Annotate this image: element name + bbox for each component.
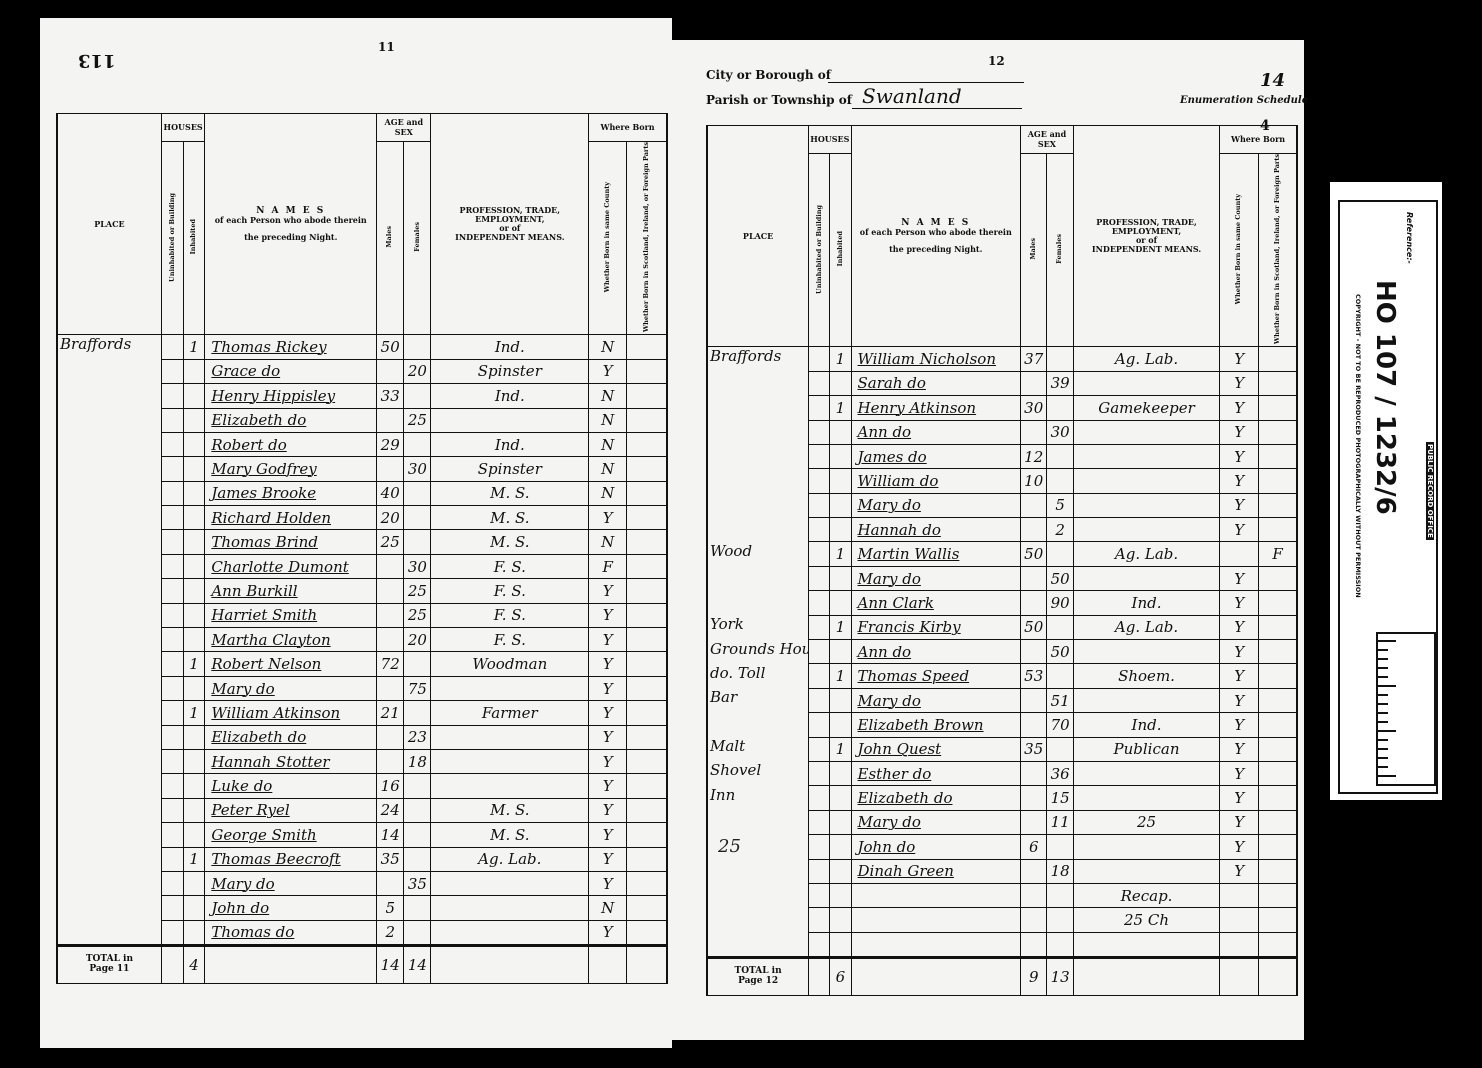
- person-name: James Brooke: [205, 481, 377, 505]
- age-male: [377, 603, 404, 627]
- uninhabited-cell: [161, 506, 183, 530]
- inhabited-cell: [183, 725, 205, 749]
- born-same-county: N: [589, 408, 627, 432]
- reference-label: Reference:-: [1405, 212, 1414, 264]
- place-cell: Wood: [707, 542, 809, 566]
- inhabited-cell: [830, 371, 851, 395]
- census-row: Wood1Martin Wallis50Ag. Lab.F: [707, 542, 1297, 566]
- stamp-number: 113: [78, 50, 116, 71]
- uninhabited-cell: [161, 481, 183, 505]
- born-same-county: N: [589, 335, 627, 359]
- inhabited-cell: [183, 823, 205, 847]
- census-row: Robert do29Ind.N: [57, 432, 667, 456]
- census-row: Mary do35Y: [57, 871, 667, 895]
- profession: [1073, 761, 1219, 785]
- person-name: Martha Clayton: [205, 628, 377, 652]
- age-female: [404, 774, 431, 798]
- census-row: James Brooke40M. S.N: [57, 481, 667, 505]
- person-name: Ann do: [851, 640, 1020, 664]
- age-female: [404, 481, 431, 505]
- place-cell: [57, 481, 161, 505]
- born-elsewhere: [627, 652, 667, 676]
- age-female: [1047, 664, 1073, 688]
- profession: [1073, 518, 1219, 542]
- inhabited-cell: [830, 932, 851, 957]
- uninhabited-cell: [809, 420, 830, 444]
- uninhabited-cell: [161, 408, 183, 432]
- person-name: Elizabeth do: [205, 725, 377, 749]
- born-same-county: Y: [1220, 396, 1259, 420]
- inhabited-cell: [830, 859, 851, 883]
- age-female: 15: [1047, 786, 1073, 810]
- uninhabited-cell: [809, 469, 830, 493]
- census-row: York1Francis Kirby50Ag. Lab.Y: [707, 615, 1297, 639]
- inhabited-cell: [183, 628, 205, 652]
- folio-number: 11: [378, 40, 395, 54]
- header-females: Females: [1047, 154, 1073, 347]
- born-elsewhere: [1259, 932, 1297, 957]
- uninhabited-cell: [161, 652, 183, 676]
- inhabited-cell: [830, 713, 851, 737]
- uninhabited-cell: [161, 896, 183, 920]
- ruler-tick: [1378, 703, 1388, 705]
- census-row: Hannah Stotter18Y: [57, 749, 667, 773]
- inhabited-cell: 1: [183, 652, 205, 676]
- uninhabited-cell: [161, 847, 183, 871]
- born-elsewhere: [627, 896, 667, 920]
- profession: [431, 896, 589, 920]
- born-elsewhere: [627, 701, 667, 725]
- profession: [431, 749, 589, 773]
- born-elsewhere: [627, 603, 667, 627]
- person-name: Richard Holden: [205, 506, 377, 530]
- uninhabited-cell: [161, 432, 183, 456]
- inhabited-cell: [183, 871, 205, 895]
- profession: [1073, 932, 1219, 957]
- place-cell: [707, 883, 809, 907]
- uninhabited-cell: [809, 566, 830, 590]
- inhabited-cell: [183, 457, 205, 481]
- age-female: [404, 847, 431, 871]
- born-elsewhere: [1259, 493, 1297, 517]
- place-cell: [57, 798, 161, 822]
- reference-number: HO 107 / 1232/6: [1370, 280, 1400, 515]
- born-elsewhere: [1259, 786, 1297, 810]
- born-same-county: Y: [1220, 493, 1259, 517]
- born-same-county: Y: [589, 749, 627, 773]
- person-name: Thomas Rickey: [205, 335, 377, 359]
- profession: [431, 871, 589, 895]
- person-name: Elizabeth Brown: [851, 713, 1020, 737]
- place-cell: [57, 384, 161, 408]
- city-value: [828, 66, 1024, 83]
- age-female: 30: [1047, 420, 1073, 444]
- age-female: [404, 920, 431, 945]
- born-elsewhere: [1259, 591, 1297, 615]
- uninhabited-cell: [809, 396, 830, 420]
- age-female: 70: [1047, 713, 1073, 737]
- born-elsewhere: [627, 579, 667, 603]
- uninhabited-cell: [161, 823, 183, 847]
- age-female: 2: [1047, 518, 1073, 542]
- inhabited-cell: 1: [830, 737, 851, 761]
- profession: Ind.: [431, 384, 589, 408]
- age-male: 6: [1020, 835, 1046, 859]
- person-name: William do: [851, 469, 1020, 493]
- census-row: Grace do20SpinsterY: [57, 359, 667, 383]
- age-female: [404, 432, 431, 456]
- uninhabited-cell: [161, 457, 183, 481]
- age-female: 51: [1047, 688, 1073, 712]
- ruler-tick: [1378, 676, 1388, 678]
- born-same-county: [1220, 883, 1259, 907]
- census-row: John do5N: [57, 896, 667, 920]
- age-female: [404, 530, 431, 554]
- census-row: Thomas Brind25M. S.N: [57, 530, 667, 554]
- inhabited-cell: [830, 761, 851, 785]
- born-same-county: N: [589, 481, 627, 505]
- born-elsewhere: [1259, 761, 1297, 785]
- place-cell: [707, 859, 809, 883]
- total-profession: [431, 946, 589, 984]
- place-cell: [57, 408, 161, 432]
- census-row: Thomas do2Y: [57, 920, 667, 945]
- age-female: [1047, 883, 1073, 907]
- born-same-county: Y: [1220, 737, 1259, 761]
- born-same-county: Y: [1220, 859, 1259, 883]
- person-name: Mary do: [851, 688, 1020, 712]
- total-label: TOTAL inPage 12: [707, 958, 809, 996]
- age-female: 25: [404, 408, 431, 432]
- copyright-notice: COPYRIGHT - NOT TO BE REPRODUCED PHOTOGR…: [1354, 294, 1362, 598]
- header-inhabited: Inhabited: [830, 154, 851, 347]
- uninhabited-cell: [161, 359, 183, 383]
- inhabited-cell: [830, 469, 851, 493]
- person-name: John do: [851, 835, 1020, 859]
- header-names: N A M E S of each Person who abode there…: [851, 126, 1020, 347]
- born-same-county: Y: [1220, 591, 1259, 615]
- age-male: [1020, 420, 1046, 444]
- age-male: [1020, 713, 1046, 737]
- ruler-tick: [1378, 757, 1388, 759]
- header-born-county: Whether Born in same County: [589, 142, 627, 335]
- born-same-county: Y: [1220, 640, 1259, 664]
- profession: Publican: [1073, 737, 1219, 761]
- uninhabited-cell: [809, 761, 830, 785]
- place-cell: [57, 896, 161, 920]
- profession: Ind.: [1073, 713, 1219, 737]
- ruler-tick: [1378, 766, 1388, 768]
- age-female: [1047, 615, 1073, 639]
- schedule-label: Enumeration Schedule: [1180, 95, 1308, 106]
- inhabited-cell: [830, 420, 851, 444]
- total-born-county: [589, 946, 627, 984]
- born-elsewhere: [1259, 688, 1297, 712]
- place-cell: [707, 444, 809, 468]
- uninhabited-cell: [809, 737, 830, 761]
- born-elsewhere: [627, 749, 667, 773]
- age-male: [377, 628, 404, 652]
- person-name: Mary do: [851, 493, 1020, 517]
- profession: Ag. Lab.: [431, 847, 589, 871]
- age-male: [1020, 786, 1046, 810]
- born-elsewhere: [1259, 615, 1297, 639]
- person-name: Ann Clark: [851, 591, 1020, 615]
- person-name: Grace do: [205, 359, 377, 383]
- census-row: Ann Burkill25F. S.Y: [57, 579, 667, 603]
- born-elsewhere: [627, 554, 667, 578]
- inhabited-cell: [830, 810, 851, 834]
- age-male: 16: [377, 774, 404, 798]
- age-male: [1020, 518, 1046, 542]
- total-label-line2: Page 11: [58, 965, 161, 975]
- age-female: [1047, 469, 1073, 493]
- uninhabited-cell: [809, 493, 830, 517]
- uninhabited-cell: [161, 554, 183, 578]
- age-male: 40: [377, 481, 404, 505]
- census-row: Mary do1125Y: [707, 810, 1297, 834]
- header-where-born: Where Born: [1220, 126, 1297, 154]
- profession: Shoem.: [1073, 664, 1219, 688]
- census-row: Mary Godfrey30SpinsterN: [57, 457, 667, 481]
- age-male: 29: [377, 432, 404, 456]
- place-cell: Braffords: [57, 335, 161, 359]
- born-elsewhere: [627, 384, 667, 408]
- profession: [1073, 371, 1219, 395]
- inhabited-cell: [183, 530, 205, 554]
- age-female: 20: [404, 359, 431, 383]
- age-male: [1020, 761, 1046, 785]
- place-cell: Shovel: [707, 761, 809, 785]
- born-same-county: Y: [589, 676, 627, 700]
- age-female: [404, 896, 431, 920]
- header-males: Males: [377, 142, 404, 335]
- uninhabited-cell: [161, 530, 183, 554]
- age-male: [377, 725, 404, 749]
- inhabited-cell: [830, 786, 851, 810]
- age-male: [377, 359, 404, 383]
- total-uninhabited: [809, 958, 830, 996]
- profession: [1073, 640, 1219, 664]
- profession: Woodman: [431, 652, 589, 676]
- uninhabited-cell: [161, 579, 183, 603]
- inhabited-cell: [183, 749, 205, 773]
- census-row: [707, 932, 1297, 957]
- place-cell: do. Toll: [707, 664, 809, 688]
- born-elsewhere: [627, 506, 667, 530]
- place-cell: Grounds House: [707, 640, 809, 664]
- ruler-tick: [1378, 694, 1388, 696]
- total-profession: [1073, 958, 1219, 996]
- person-name: Luke do: [205, 774, 377, 798]
- profession: [1073, 444, 1219, 468]
- age-male: 50: [1020, 615, 1046, 639]
- place-cell: [57, 432, 161, 456]
- header-age-sex: AGE and SEX: [377, 114, 431, 142]
- born-elsewhere: [1259, 469, 1297, 493]
- born-elsewhere: [1259, 859, 1297, 883]
- person-name: Harriet Smith: [205, 603, 377, 627]
- parish-label: Parish or Township of: [706, 93, 852, 107]
- place-cell: [57, 530, 161, 554]
- place-cell: [57, 506, 161, 530]
- born-same-county: Y: [589, 628, 627, 652]
- age-male: 50: [377, 335, 404, 359]
- person-name: Mary do: [851, 566, 1020, 590]
- reference-card: Reference:- HO 107 / 1232/6 COPYRIGHT - …: [1330, 182, 1442, 800]
- place-cell: [57, 457, 161, 481]
- born-elsewhere: [1259, 347, 1297, 371]
- uninhabited-cell: [161, 920, 183, 945]
- born-elsewhere: [1259, 810, 1297, 834]
- census-row: InnElizabeth do15Y: [707, 786, 1297, 810]
- uninhabited-cell: [161, 628, 183, 652]
- age-male: 50: [1020, 542, 1046, 566]
- census-row: 1Thomas Beecroft35Ag. Lab.Y: [57, 847, 667, 871]
- age-female: 30: [404, 457, 431, 481]
- born-elsewhere: [627, 725, 667, 749]
- person-name: John Quest: [851, 737, 1020, 761]
- uninhabited-cell: [161, 384, 183, 408]
- uninhabited-cell: [809, 932, 830, 957]
- uninhabited-cell: [809, 518, 830, 542]
- age-female: 23: [404, 725, 431, 749]
- profession: [1073, 420, 1219, 444]
- born-elsewhere: [1259, 444, 1297, 468]
- census-row: 1Robert Nelson72WoodmanY: [57, 652, 667, 676]
- place-cell: [57, 554, 161, 578]
- inhabited-cell: 1: [183, 701, 205, 725]
- age-female: [1047, 396, 1073, 420]
- born-same-county: Y: [1220, 713, 1259, 737]
- inhabited-cell: [183, 408, 205, 432]
- born-same-county: Y: [589, 798, 627, 822]
- uninhabited-cell: [809, 640, 830, 664]
- born-same-county: F: [589, 554, 627, 578]
- born-elsewhere: [627, 359, 667, 383]
- ruler-tick: [1378, 730, 1396, 732]
- age-male: [377, 749, 404, 773]
- born-same-county: Y: [1220, 688, 1259, 712]
- header-place: PLACE: [57, 114, 161, 335]
- uninhabited-cell: [161, 603, 183, 627]
- census-row: Ann Clark90Ind.Y: [707, 591, 1297, 615]
- margin-note: 25: [718, 836, 741, 857]
- born-same-county: Y: [589, 774, 627, 798]
- born-elsewhere: [627, 628, 667, 652]
- age-female: 50: [1047, 566, 1073, 590]
- age-female: 50: [1047, 640, 1073, 664]
- total-females: 13: [1047, 958, 1073, 996]
- person-name: Dinah Green: [851, 859, 1020, 883]
- total-born-county: [1220, 958, 1259, 996]
- age-male: [377, 871, 404, 895]
- total-names: [205, 946, 377, 984]
- inhabited-cell: [830, 444, 851, 468]
- profession: [431, 676, 589, 700]
- born-elsewhere: [1259, 835, 1297, 859]
- profession: M. S.: [431, 506, 589, 530]
- person-name: Charlotte Dumont: [205, 554, 377, 578]
- born-elsewhere: [627, 432, 667, 456]
- uninhabited-cell: [809, 859, 830, 883]
- place-cell: [707, 518, 809, 542]
- census-row: Sarah do39Y: [707, 371, 1297, 395]
- born-elsewhere: [1259, 883, 1297, 907]
- person-name: Hannah do: [851, 518, 1020, 542]
- age-male: 30: [1020, 396, 1046, 420]
- profession: [1073, 688, 1219, 712]
- place-cell: Braffords: [707, 347, 809, 371]
- born-elsewhere: [627, 920, 667, 945]
- uninhabited-cell: [809, 883, 830, 907]
- age-female: [404, 701, 431, 725]
- age-female: 75: [404, 676, 431, 700]
- census-row: John do6Y: [707, 835, 1297, 859]
- born-same-county: [1220, 932, 1259, 957]
- person-name: Elizabeth do: [851, 786, 1020, 810]
- profession: [431, 774, 589, 798]
- profession: 25 Ch: [1073, 908, 1219, 932]
- born-elsewhere: [627, 774, 667, 798]
- inhabited-cell: [830, 835, 851, 859]
- place-cell: [707, 566, 809, 590]
- uninhabited-cell: [161, 701, 183, 725]
- uninhabited-cell: [809, 664, 830, 688]
- profession: M. S.: [431, 798, 589, 822]
- header-names: N A M E S of each Person who abode there…: [205, 114, 377, 335]
- age-male: 35: [377, 847, 404, 871]
- person-name: George Smith: [205, 823, 377, 847]
- total-males: 9: [1020, 958, 1046, 996]
- header-where-born: Where Born: [589, 114, 667, 142]
- born-same-county: Y: [1220, 566, 1259, 590]
- ruler-tick: [1378, 658, 1388, 660]
- born-same-county: Y: [1220, 835, 1259, 859]
- age-male: 12: [1020, 444, 1046, 468]
- age-male: [1020, 908, 1046, 932]
- total-born-elsewhere: [1259, 958, 1297, 996]
- header-profession: PROFESSION, TRADE, EMPLOYMENT, or of IND…: [431, 114, 589, 335]
- born-same-county: N: [589, 530, 627, 554]
- census-row: Harriet Smith25F. S.Y: [57, 603, 667, 627]
- uninhabited-cell: [161, 676, 183, 700]
- census-row: Peter Ryel24M. S.Y: [57, 798, 667, 822]
- uninhabited-cell: [161, 725, 183, 749]
- born-same-county: Y: [589, 359, 627, 383]
- born-elsewhere: F: [1259, 542, 1297, 566]
- age-male: [1020, 371, 1046, 395]
- census-row: Mary do5Y: [707, 493, 1297, 517]
- born-elsewhere: [1259, 737, 1297, 761]
- person-name: Francis Kirby: [851, 615, 1020, 639]
- total-label-line2: Page 12: [708, 977, 808, 987]
- person-name: [851, 932, 1020, 957]
- census-row: Recap.: [707, 883, 1297, 907]
- age-male: [1020, 932, 1046, 957]
- inhabited-cell: [183, 603, 205, 627]
- born-elsewhere: [627, 530, 667, 554]
- born-same-county: Y: [1220, 786, 1259, 810]
- total-houses: 6: [830, 958, 851, 996]
- born-elsewhere: [627, 676, 667, 700]
- place-cell: [707, 810, 809, 834]
- place-cell: [57, 749, 161, 773]
- census-row: Martha Clayton20F. S.Y: [57, 628, 667, 652]
- place-cell: [57, 652, 161, 676]
- person-name: Hannah Stotter: [205, 749, 377, 773]
- age-male: 25: [377, 530, 404, 554]
